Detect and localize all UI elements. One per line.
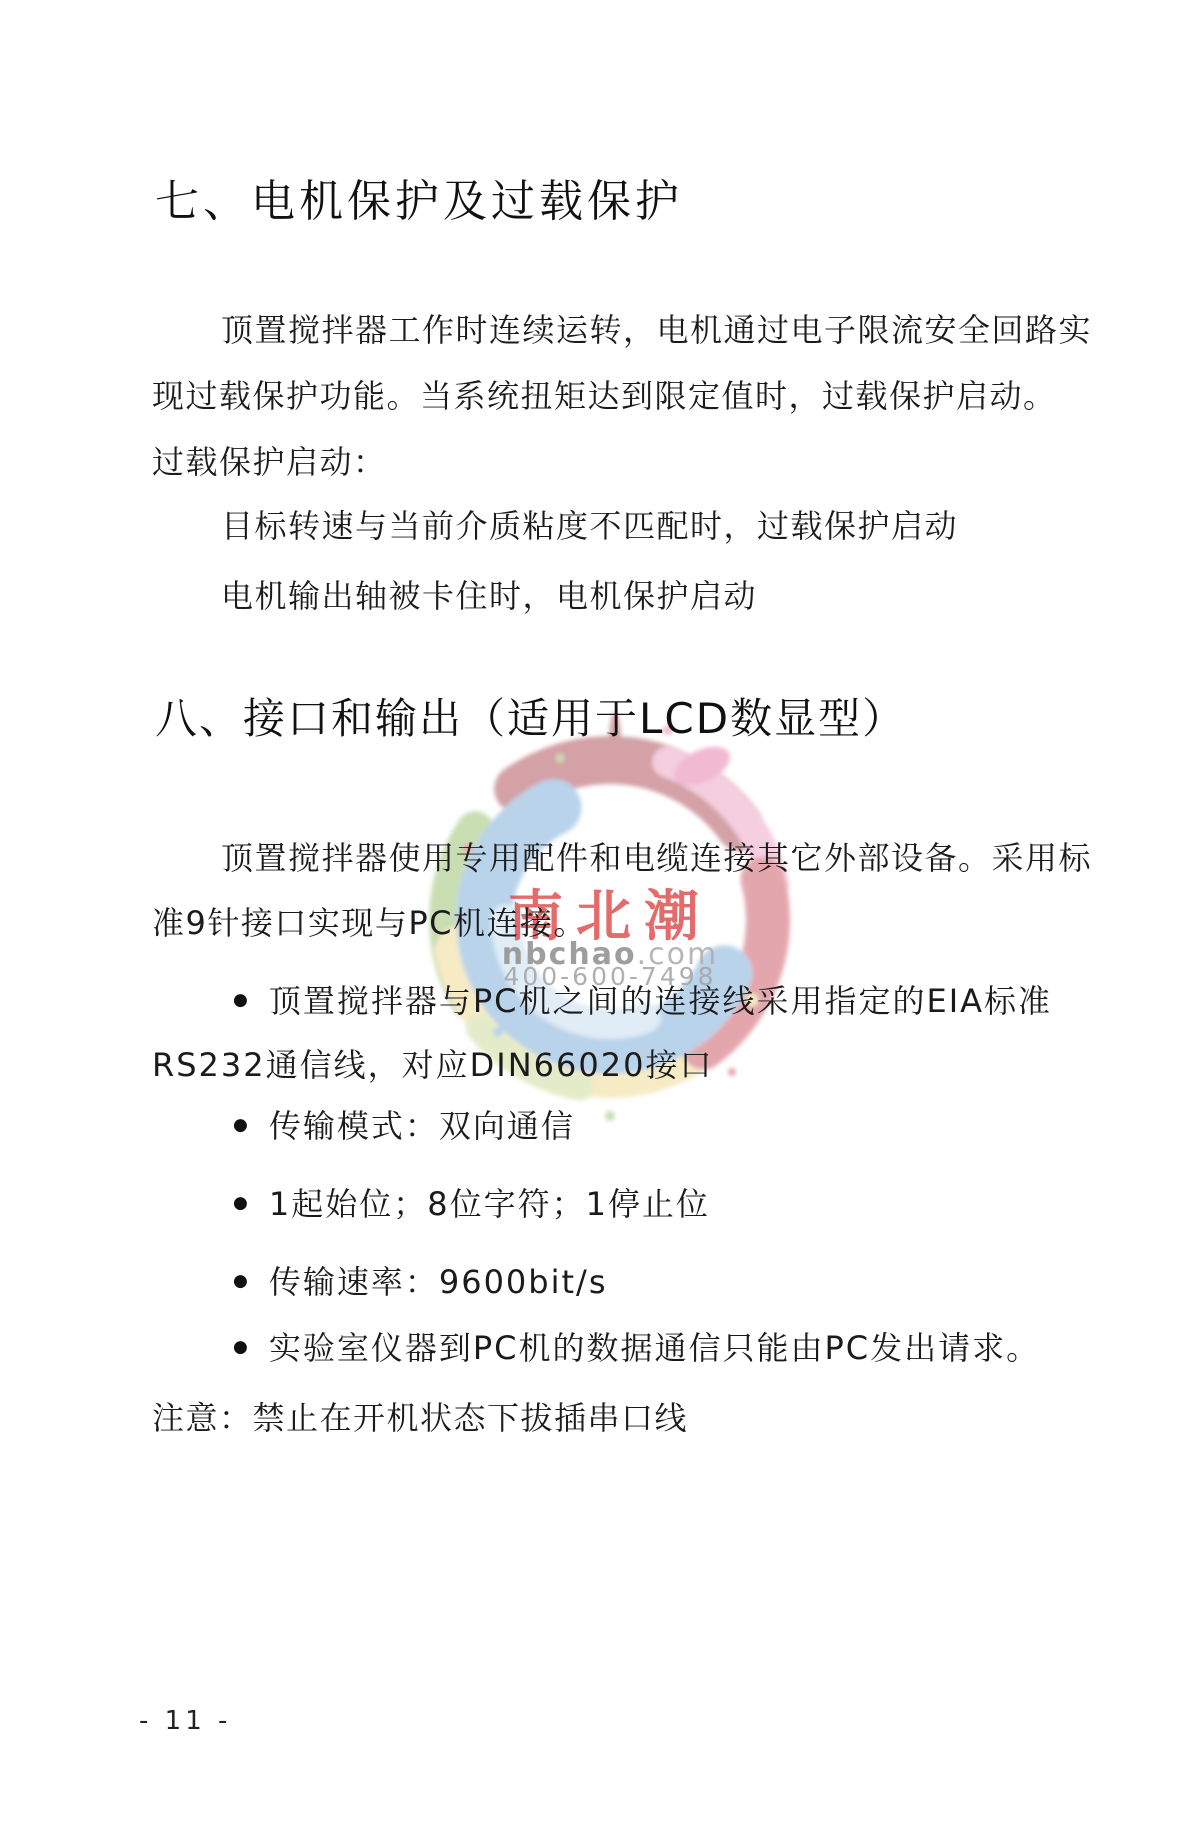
page-number: - 11 - <box>139 1708 231 1734</box>
bullet-icon: ● <box>233 1117 250 1134</box>
bullet-item: ●传输速率：9600bit/s <box>233 1266 608 1298</box>
bullet-item: ●顶置搅拌器与PC机之间的连接线采用指定的EIA标准 <box>233 985 1052 1017</box>
bullet-text: 顶置搅拌器与PC机之间的连接线采用指定的EIA标准 <box>269 982 1052 1020</box>
section7-paragraph-line: 目标转速与当前介质粘度不匹配时，过载保护启动 <box>221 510 958 542</box>
section7-paragraph-line: 顶置搅拌器工作时连续运转，电机通过电子限流安全回路实 <box>221 314 1092 346</box>
bullet-text: 1起始位；8位字符；1停止位 <box>269 1185 710 1223</box>
bullet-item: ●1起始位；8位字符；1停止位 <box>233 1188 710 1220</box>
bullet-icon: ● <box>233 1195 250 1212</box>
manual-page: 南北潮 nbchao.com 400-600-7498 七、电机保护及过载保护 … <box>0 0 1200 1844</box>
bullet-text: 传输模式：双向通信 <box>269 1107 575 1145</box>
section7-paragraph-line: 电机输出轴被卡住时，电机保护启动 <box>221 580 757 612</box>
note-line: 注意：禁止在开机状态下拔插串口线 <box>152 1402 688 1434</box>
bullet-icon: ● <box>233 1273 250 1290</box>
section8-paragraph-line: 准9针接口实现与PC机连接。 <box>152 907 587 939</box>
section7-paragraph-line: 过载保护启动： <box>152 446 387 478</box>
bullet-text: 实验室仪器到PC机的数据通信只能由PC发出请求。 <box>269 1329 1040 1367</box>
bullet-item-continuation: RS232通信线，对应DIN66020接口 <box>152 1049 713 1081</box>
bullet-icon: ● <box>233 992 250 1009</box>
bullet-item: ●实验室仪器到PC机的数据通信只能由PC发出请求。 <box>233 1332 1040 1364</box>
bullet-text: 传输速率：9600bit/s <box>269 1263 608 1301</box>
section8-heading: 八、接口和输出（适用于LCD数显型） <box>155 698 906 740</box>
bullet-item: ●传输模式：双向通信 <box>233 1110 575 1142</box>
section7-heading: 七、电机保护及过载保护 <box>155 180 683 224</box>
bullet-icon: ● <box>233 1339 250 1356</box>
section8-paragraph-line: 顶置搅拌器使用专用配件和电缆连接其它外部设备。采用标 <box>221 842 1092 874</box>
section7-paragraph-line: 现过载保护功能。当系统扭矩达到限定值时，过载保护启动。 <box>152 380 1057 412</box>
